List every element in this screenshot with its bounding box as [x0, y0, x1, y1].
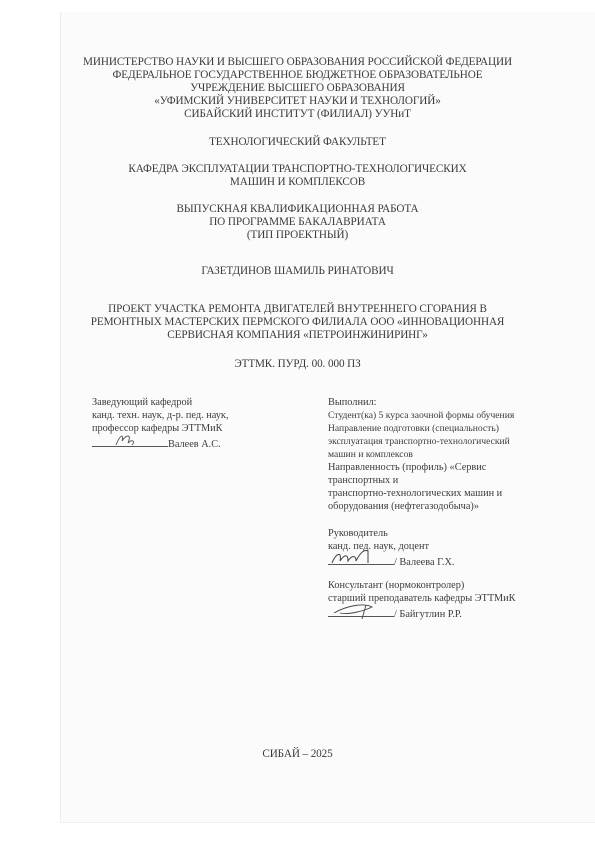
work-type-line-2: ПО ПРОГРАММЕ БАКАЛАВРИАТА — [0, 216, 595, 229]
head-of-department-block: Заведующий кафедрой канд. техн. наук, д-… — [92, 396, 229, 451]
branch-line: СИБАЙСКИЙ ИНСТИТУТ (ФИЛИАЛ) УУНиТ — [0, 108, 595, 121]
consultant-name: / Байгутлин Р.Р. — [394, 609, 462, 620]
profile-line-2: транспортных и — [328, 474, 516, 487]
work-type-line-3: (ТИП ПРОЕКТНЫЙ) — [0, 229, 595, 242]
university-line: «УФИМСКИЙ УНИВЕРСИТЕТ НАУКИ И ТЕХНОЛОГИЙ… — [0, 95, 595, 108]
signature-field — [328, 605, 394, 617]
ministry-line: МИНИСТЕРСТВО НАУКИ И ВЫСШЕГО ОБРАЗОВАНИЯ… — [0, 56, 595, 69]
head-name: Валеев А.С. — [168, 439, 221, 450]
department-line-2: МАШИН И КОМПЛЕКСОВ — [0, 176, 595, 189]
consultant-signature-row: / Байгутлин Р.Р. — [328, 605, 516, 621]
author-name: ГАЗЕТДИНОВ ШАМИЛЬ РИНАТОВИЧ — [0, 265, 595, 278]
consultant-label: Консультант (нормоконтролер) — [328, 579, 516, 592]
direction-line-2: машин и комплексов — [328, 448, 516, 461]
city-year: СИБАЙ – 2025 — [0, 748, 595, 761]
profile-line-1: Направленность (профиль) «Сервис — [328, 461, 516, 474]
federal-line: ФЕДЕРАЛЬНОЕ ГОСУДАРСТВЕННОЕ БЮДЖЕТНОЕ ОБ… — [0, 69, 595, 82]
institution-type-line: УЧРЕЖДЕНИЕ ВЫСШЕГО ОБРАЗОВАНИЯ — [0, 82, 595, 95]
performed-label: Выполнил: — [328, 396, 516, 409]
profile-line-4: оборудования (нефтегазодобыча)» — [328, 500, 516, 513]
head-degree: канд. техн. наук, д-р. пед. наук, — [92, 409, 229, 422]
signature-icon — [328, 599, 394, 619]
work-type-line-1: ВЫПУСКНАЯ КВАЛИФИКАЦИОННАЯ РАБОТА — [0, 203, 595, 216]
consultant-block: Консультант (нормоконтролер) старший пре… — [328, 579, 516, 621]
profile-line-3: транспортно-технологических машин и — [328, 487, 516, 500]
signature-field — [92, 435, 168, 447]
department-line-1: КАФЕДРА ЭКСПЛУАТАЦИИ ТРАНСПОРТНО-ТЕХНОЛО… — [0, 163, 595, 176]
supervisor-signature-row: / Валеева Г.Х. — [328, 553, 516, 569]
title-line-3: СЕРВИСНАЯ КОМПАНИЯ «ПЕТРОИНЖИНИРИНГ» — [0, 329, 595, 342]
direction-label: Направление подготовки (специальность) — [328, 422, 516, 435]
signature-icon — [328, 547, 394, 567]
signature-icon — [92, 431, 168, 449]
faculty-name: ТЕХНОЛОГИЧЕСКИЙ ФАКУЛЬТЕТ — [0, 136, 595, 149]
supervisor-block: Руководитель канд. пед. наук, доцент / В… — [328, 527, 516, 569]
title-line-1: ПРОЕКТ УЧАСТКА РЕМОНТА ДВИГАТЕЛЕЙ ВНУТРЕ… — [0, 303, 595, 316]
direction-line-1: эксплуатация транспортно-технологический — [328, 435, 516, 448]
supervisor-name: / Валеева Г.Х. — [394, 557, 455, 568]
document-code: ЭТТМК. ПУРД. 00. 000 ПЗ — [0, 358, 595, 371]
title-line-2: РЕМОНТНЫХ МАСТЕРСКИХ ПЕРМСКОГО ФИЛИАЛА О… — [0, 316, 595, 329]
supervisor-label: Руководитель — [328, 527, 516, 540]
performed-by-block: Выполнил: Студент(ка) 5 курса заочной фо… — [328, 396, 516, 621]
student-info: Студент(ка) 5 курса заочной формы обучен… — [328, 409, 516, 422]
signature-field — [328, 553, 394, 565]
head-title: Заведующий кафедрой — [92, 396, 229, 409]
head-signature-row: Валеев А.С. — [92, 435, 229, 451]
